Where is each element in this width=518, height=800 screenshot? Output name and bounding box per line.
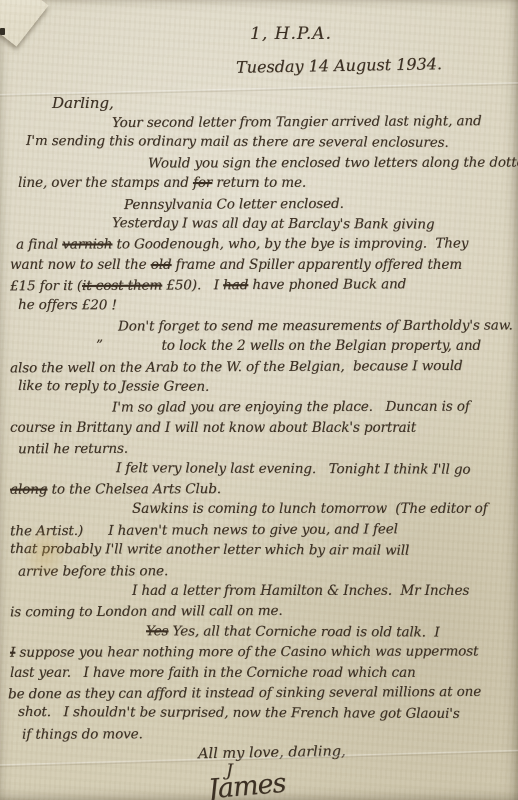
handwriting-line: the Artist.) I haven't much news to give… [10,518,514,541]
handwriting-line: Yesterday I was all day at Barclay's Ban… [112,213,514,235]
handwriting-line: Sawkins is coming to lunch tomorrow (The… [132,499,514,519]
handwriting-line: along to the Chelsea Arts Club. [10,478,514,500]
line-text: £50). I [162,277,223,293]
handwriting-line: Yes Yes, all that Corniche road is old t… [146,621,514,643]
handwriting-line: £15 for it (it cost them £50). I had hav… [10,274,514,297]
letter-body: Your second letter from Tangier arrived … [8,112,514,744]
struck-text: old [151,257,172,273]
line-text: I'm sending this ordinary mail as there … [26,133,449,151]
letter-salutation: Darling, [52,94,114,112]
handwriting-line: until he returns. [18,437,514,460]
letter-signature: James [207,768,287,800]
handwriting-line: Pennsylvania Co letter enclosed. [124,193,514,215]
handwriting-line: he offers £20 ! [18,294,514,317]
line-text: last year. I have more faith in the Corn… [10,665,416,681]
handwriting-line: like to reply to Jessie Green. [18,376,514,399]
handwriting-line: Would you sign the enclosed two letters … [148,152,514,173]
line-text: shot. I shouldn't be surprised, now the … [18,704,460,722]
handwriting-line: I had a letter from Hamilton & Inches. M… [132,581,514,601]
line-text: return to me. [212,175,306,191]
handwriting-line: that probably I'll write another letter … [10,539,514,562]
handwriting-line: is coming to London and will call on me. [10,600,514,623]
line-text: Yesterday I was all day at Barclay's Ban… [112,215,434,232]
line-text: Don't forget to send me measurements of … [118,317,513,334]
line-text: if things do move. [22,726,143,742]
handwriting-line: last year. I have more faith in the Corn… [10,663,514,683]
handwriting-line: shot. I shouldn't be surprised, now the … [18,702,514,725]
handwriting-line: I suppose you hear nothing more of the C… [10,641,514,663]
line-text: suppose you hear nothing more of the Cas… [15,644,478,661]
line-text: is coming to London and will call on me. [10,603,283,620]
line-text: until he returns. [18,441,128,458]
struck-text: for [193,175,212,191]
line-text: I'm so glad you are enjoying the place. … [112,399,470,416]
ink-speck [0,28,5,35]
line-text: to the Chelsea Arts Club. [47,481,221,497]
line-text: also the well on the Arab to the W. of t… [10,358,463,376]
handwriting-line: also the well on the Arab to the W. of t… [10,355,514,378]
struck-text: varnish [62,237,112,253]
line-text: be done as they can afford it instead of… [8,684,481,702]
handwriting-line: ” to lock the 2 wells on the Belgian pro… [96,336,514,356]
letter-closing: All my love, darling, [198,744,346,763]
line-text: ” to lock the 2 wells on the Belgian pro… [96,338,481,354]
handwriting-line: I'm sending this ordinary mail as there … [26,131,514,154]
line-text: the Artist.) I haven't much news to give… [10,521,398,539]
handwriting-line: course in Brittany and I will not know a… [10,418,514,438]
line-text: £15 for it ( [10,278,82,294]
handwriting-line: I felt very lonely last evening. Tonight… [116,458,514,480]
line-text: to Goodenough, who, by the bye is improv… [112,236,468,253]
struck-text: it cost them [82,278,162,294]
handwriting-line: want now to sell the old frame and Spill… [10,255,514,275]
struck-text: had [223,277,248,293]
struck-text: along [10,482,47,498]
handwriting-line: arrive before this one. [18,560,514,582]
line-text: frame and Spiller apparently offered the… [171,257,462,273]
line-text: want now to sell the [10,257,151,273]
line-text: I felt very lonely last evening. Tonight… [116,460,471,478]
line-text: Would you sign the enclosed two letters … [148,154,518,171]
letter-address: 1, H.P.A. [250,24,332,44]
line-text: course in Brittany and I will not know a… [10,420,416,436]
handwriting-line: be done as they can afford it instead of… [8,682,514,705]
line-text: Sawkins is coming to lunch tomorrow (The… [132,501,488,517]
line-text: Pennsylvania Co letter enclosed. [124,195,344,212]
line-text: Yes, all that Corniche road is old talk.… [168,623,439,640]
line-text: that probably I'll write another letter … [10,541,409,559]
line-text: have phoned Buck and [248,276,406,293]
line-text: like to reply to Jessie Green. [18,378,209,395]
letter-scan-page: 1, H.P.A. Tuesday 14 August 1934. Darlin… [0,0,518,800]
line-text: a final [16,237,62,253]
letter-date: Tuesday 14 August 1934. [236,54,442,77]
handwriting-line: Don't forget to send me measurements of … [118,315,514,336]
struck-text: Yes [146,623,168,639]
line-text: arrive before this one. [18,563,168,579]
line-text: Your second letter from Tangier arrived … [112,113,482,131]
handwriting-line: line, over the stamps and for return to … [18,173,514,193]
line-text: he offers £20 ! [18,296,117,312]
handwriting-line: Your second letter from Tangier arrived … [112,111,514,133]
torn-corner-fold [0,0,48,46]
handwriting-line: I'm so glad you are enjoying the place. … [112,397,514,418]
line-text: line, over the stamps and [18,175,193,191]
line-text: I had a letter from Hamilton & Inches. M… [132,583,469,599]
handwriting-line: a final varnish to Goodenough, who, by t… [16,234,514,256]
handwriting-line: if things do move. [22,723,514,745]
